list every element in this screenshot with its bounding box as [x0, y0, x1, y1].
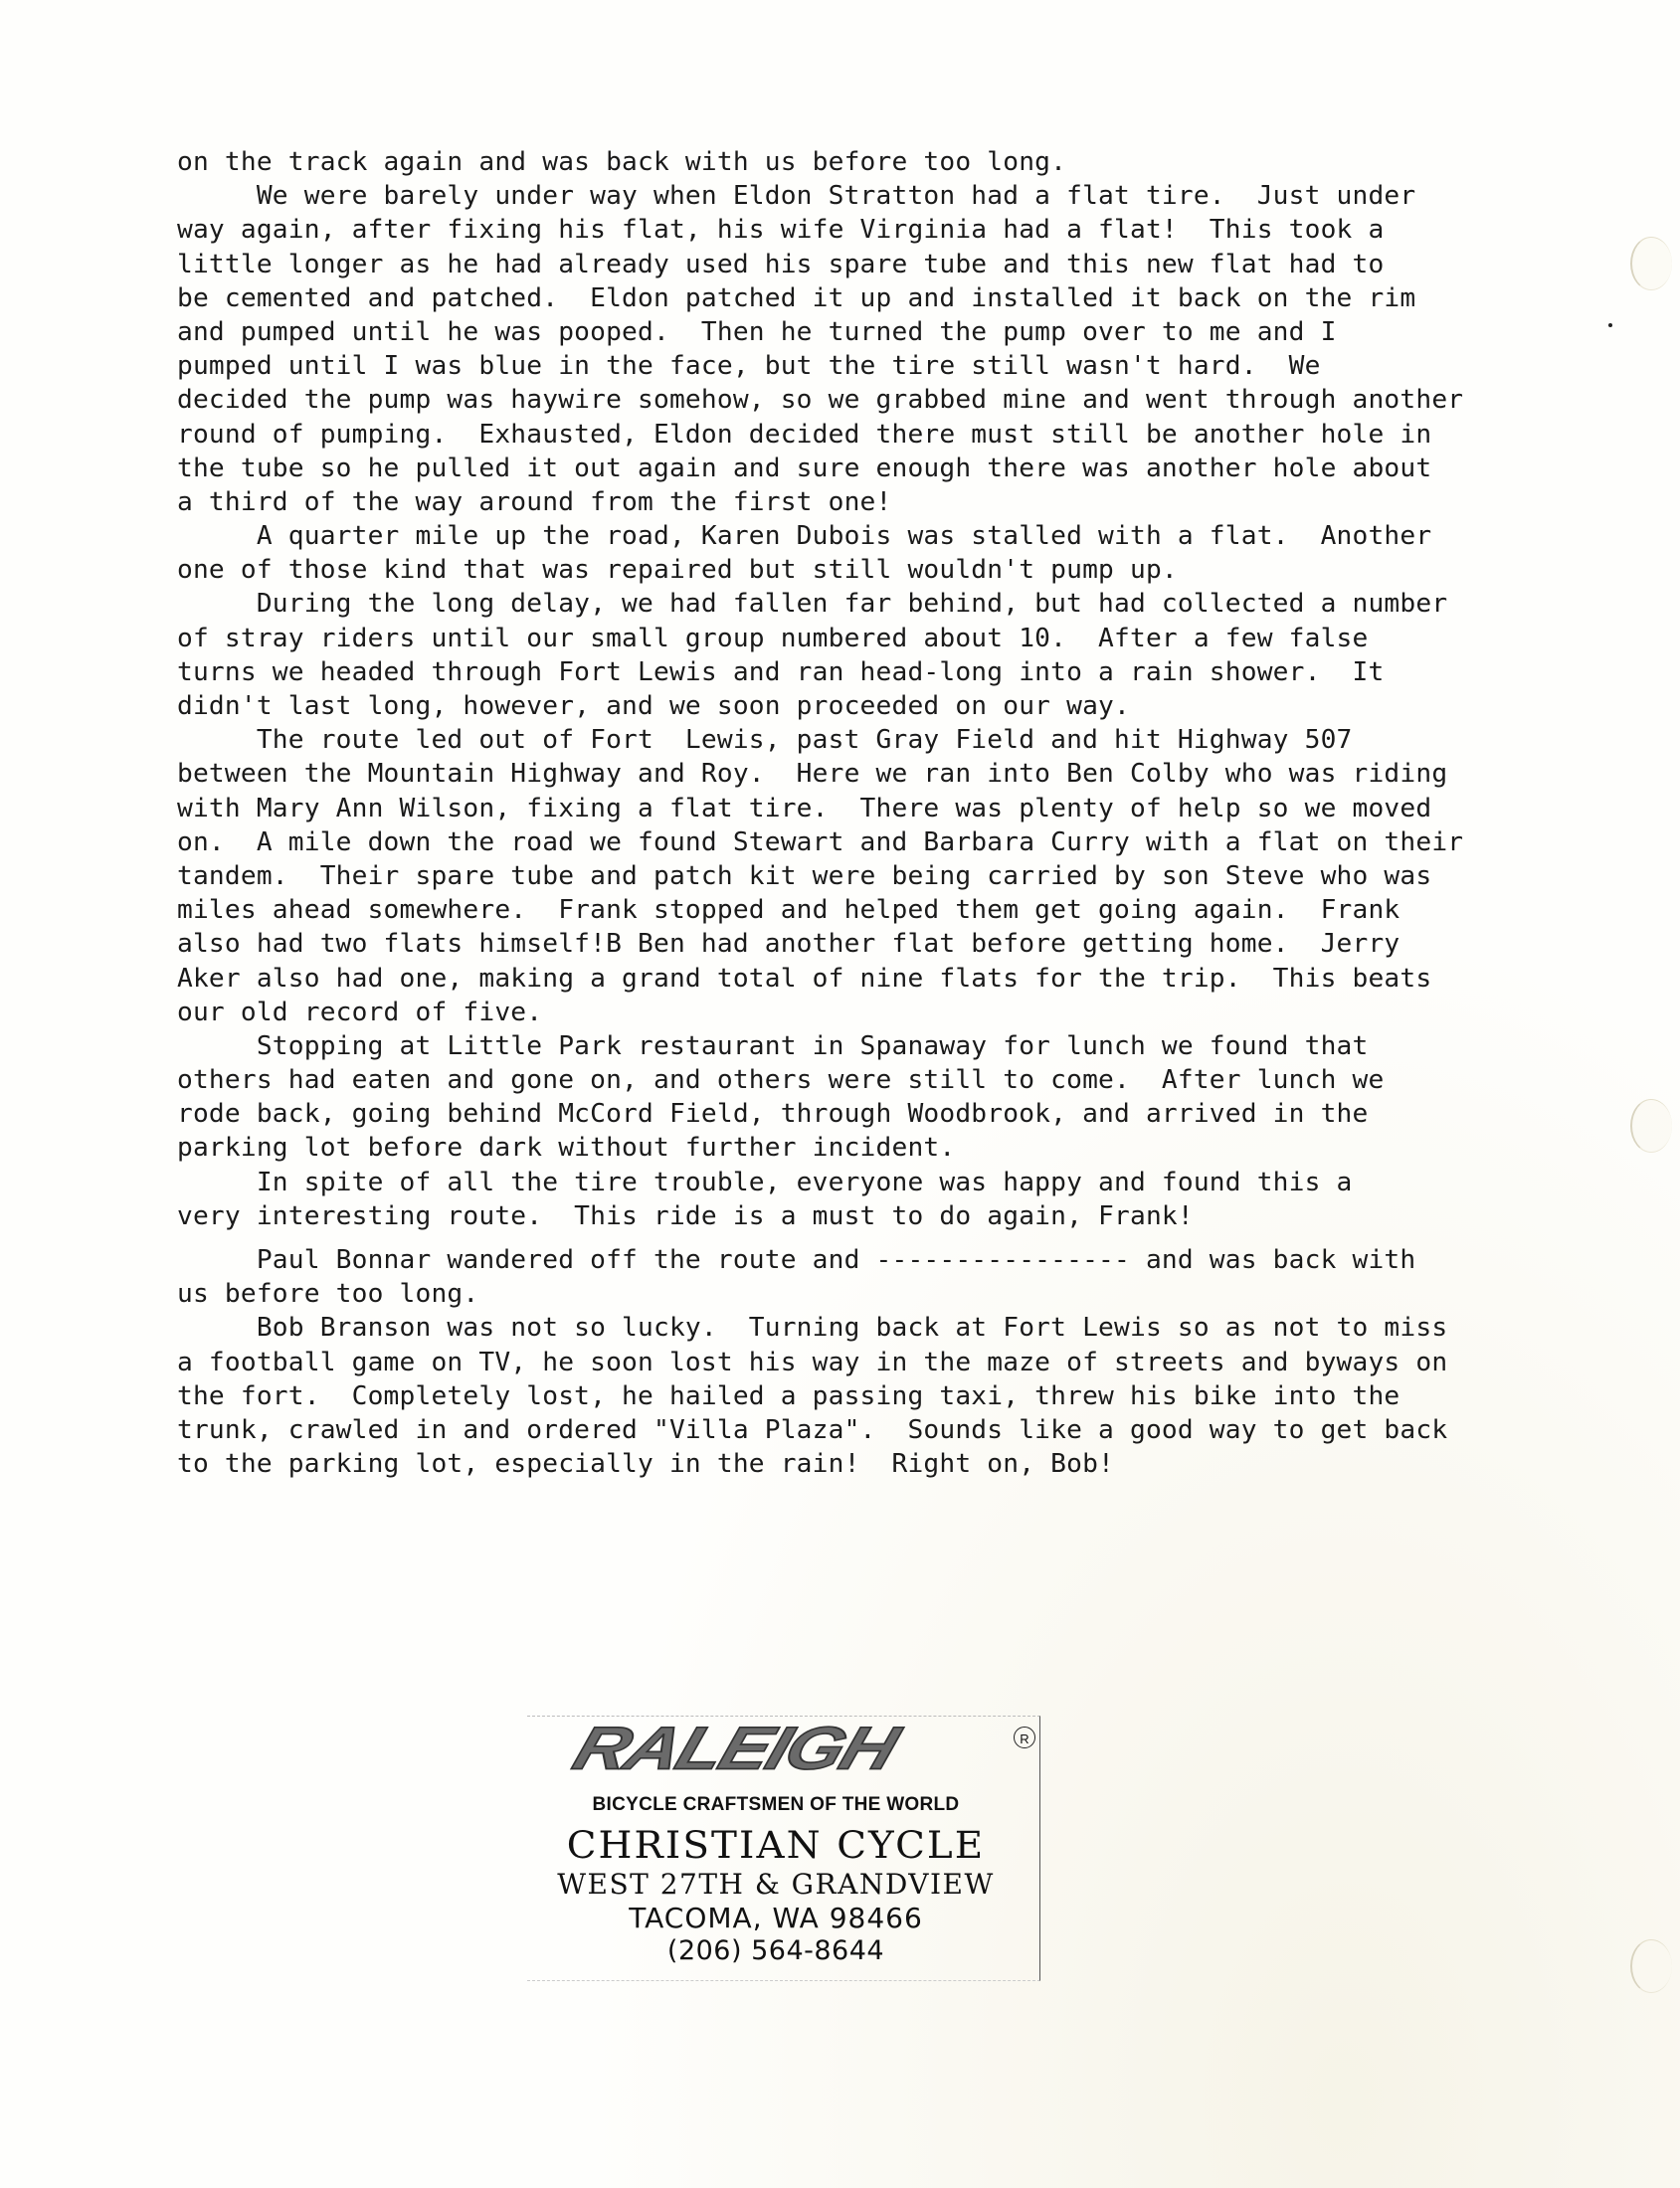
text-line: the tube so he pulled it out again and s…	[177, 452, 1550, 485]
text-line: In spite of all the tire trouble, everyo…	[177, 1166, 1550, 1199]
text-line: the fort. Completely lost, he hailed a p…	[177, 1379, 1550, 1413]
text-line: pumped until I was blue in the face, but…	[177, 349, 1550, 383]
text-line: The route led out of Fort Lewis, past Gr…	[177, 723, 1550, 757]
text-line: our old record of five.	[177, 996, 1550, 1029]
text-line: very interesting route. This ride is a m…	[177, 1199, 1550, 1233]
text-line: round of pumping. Exhausted, Eldon decid…	[177, 418, 1550, 452]
scanned-page: on the track again and was back with us …	[0, 0, 1680, 2188]
text-line: tandem. Their spare tube and patch kit w…	[177, 859, 1550, 893]
text-line: decided the pump was haywire somehow, so…	[177, 383, 1550, 417]
raleigh-ad: RALEIGH R BICYCLE CRAFTSMEN OF THE WORLD…	[527, 1716, 1040, 1981]
text-line: Bob Branson was not so lucky. Turning ba…	[177, 1311, 1550, 1345]
text-line: rode back, going behind McCord Field, th…	[177, 1097, 1550, 1131]
text-line: Stopping at Little Park restaurant in Sp…	[177, 1029, 1550, 1063]
text-line: of stray riders until our small group nu…	[177, 622, 1550, 655]
text-line: little longer as he had already used his…	[177, 248, 1550, 281]
punch-hole-bottom	[1630, 1939, 1672, 1993]
text-line: parking lot before dark without further …	[177, 1131, 1550, 1165]
text-line: be cemented and patched. Eldon patched i…	[177, 281, 1550, 315]
text-line: didn't last long, however, and we soon p…	[177, 689, 1550, 723]
text-line: on. A mile down the road we found Stewar…	[177, 825, 1550, 859]
paragraph-gap	[177, 1233, 1550, 1243]
punch-hole-middle	[1630, 1099, 1672, 1153]
text-line: miles ahead somewhere. Frank stopped and…	[177, 893, 1550, 927]
text-line: We were barely under way when Eldon Stra…	[177, 179, 1550, 213]
text-line: on the track again and was back with us …	[177, 145, 1550, 179]
text-line: a football game on TV, he soon lost his …	[177, 1346, 1550, 1379]
article-body: on the track again and was back with us …	[177, 145, 1550, 1481]
shop-name: CHRISTIAN CYCLE	[515, 1824, 1037, 1867]
text-line: between the Mountain Highway and Roy. He…	[177, 757, 1550, 791]
text-line: During the long delay, we had fallen far…	[177, 587, 1550, 621]
ad-tagline: BICYCLE CRAFTSMEN OF THE WORLD	[527, 1794, 1025, 1816]
text-line: A quarter mile up the road, Karen Dubois…	[177, 519, 1550, 553]
text-line: way again, after fixing his flat, his wi…	[177, 213, 1550, 247]
registered-mark-icon: R	[1014, 1727, 1035, 1748]
text-line: to the parking lot, especially in the ra…	[177, 1447, 1550, 1481]
text-line: us before too long.	[177, 1277, 1550, 1311]
shop-phone: (206) 564-8644	[527, 1935, 1025, 1966]
ink-speck	[1608, 323, 1612, 327]
text-line: with Mary Ann Wilson, fixing a flat tire…	[177, 792, 1550, 825]
raleigh-logo: RALEIGH	[566, 1717, 904, 1780]
text-line: and pumped until he was pooped. Then he …	[177, 315, 1550, 349]
text-line: turns we headed through Fort Lewis and r…	[177, 655, 1550, 689]
text-line: a third of the way around from the first…	[177, 485, 1550, 519]
punch-hole-top	[1630, 237, 1672, 290]
text-line: one of those kind that was repaired but …	[177, 553, 1550, 587]
text-line: Aker also had one, making a grand total …	[177, 962, 1550, 996]
text-line: trunk, crawled in and ordered "Villa Pla…	[177, 1413, 1550, 1447]
text-line: Paul Bonnar wandered off the route and -…	[177, 1243, 1550, 1277]
shop-street: WEST 27TH & GRANDVIEW	[527, 1868, 1025, 1901]
shop-city: TACOMA, WA 98466	[527, 1902, 1025, 1934]
text-line: others had eaten and gone on, and others…	[177, 1063, 1550, 1097]
registered-mark-letter: R	[1020, 1732, 1028, 1746]
text-line: also had two flats himself!B Ben had ano…	[177, 927, 1550, 961]
